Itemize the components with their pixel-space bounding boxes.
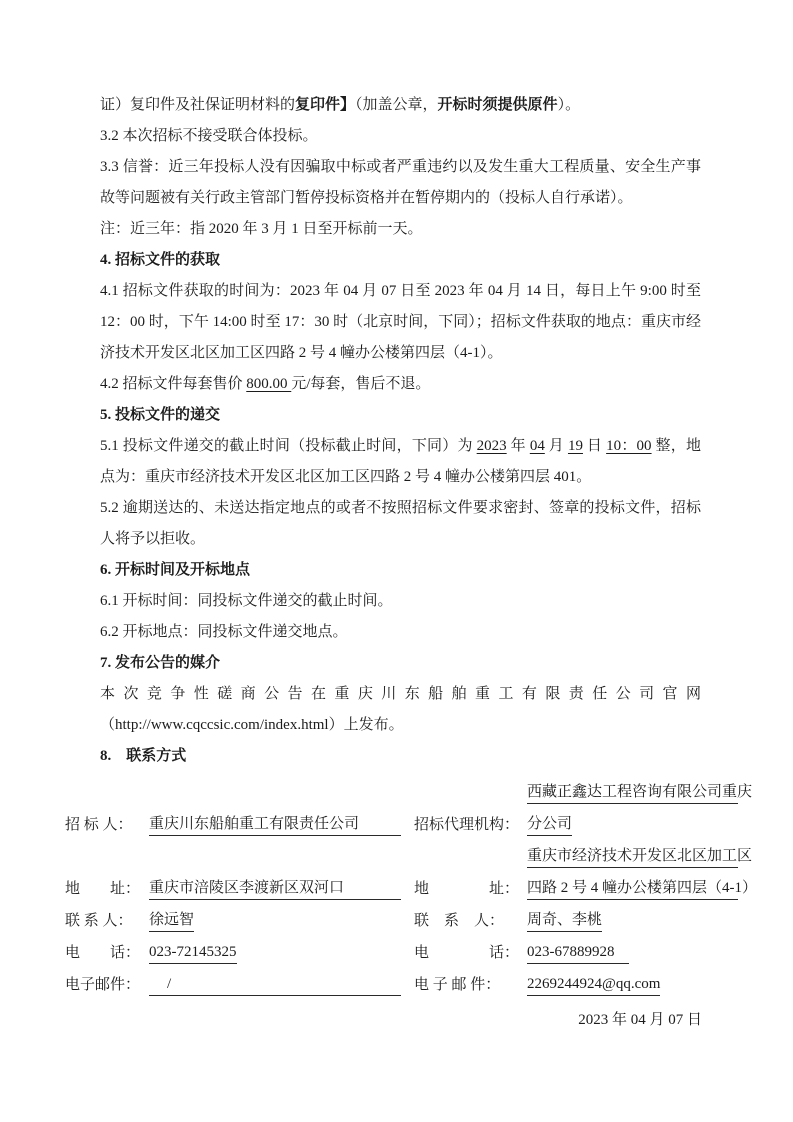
tenderer-value: 重庆川东船舶重工有限责任公司 — [149, 814, 401, 836]
agency-name-line1-cell: 西藏正鑫达工程咨询有限公司重庆 — [527, 781, 738, 807]
underlined-time-value: 10：00 — [606, 438, 651, 454]
spacer-cell — [149, 804, 401, 807]
agency-address-line1-cell: 重庆市经济技术开发区北区加工区 — [527, 845, 738, 871]
document-body: 证）复印件及社保证明材料的复印件】（加盖公章，开标时须提供原件）。 3.2 本次… — [100, 0, 701, 772]
text-run: 月 — [545, 438, 568, 454]
tenderer-email-value: / — [149, 974, 401, 996]
clause-3-3: 3.3 信誉：近三年投标人没有因骗取中标或者严重违约以及发生重大工程质量、安全生… — [100, 152, 701, 214]
spacer-cell — [414, 804, 527, 807]
document-page: 证）复印件及社保证明材料的复印件】（加盖公章，开标时须提供原件）。 3.2 本次… — [0, 0, 793, 1122]
agency-phone-label: 电 话： — [414, 942, 527, 967]
spacer-cell — [401, 996, 414, 999]
clause-5-1: 5.1 投标文件递交的截止时间（投标截止时间，下同）为 2023 年 04 月 … — [100, 431, 701, 493]
text-run: 证）复印件及社保证明材料的 — [100, 97, 295, 113]
agency-name-line2-cell: 分公司 — [527, 813, 738, 839]
clause-6-1: 6.1 开标时间：同投标文件递交的截止时间。 — [100, 586, 701, 617]
text-run: 5.1 投标文件递交的截止时间（投标截止时间，下同）为 — [100, 438, 477, 454]
spacer-cell — [65, 868, 149, 871]
tenderer-address-value: 重庆市涪陵区李渡新区双河口 — [149, 878, 401, 900]
heading-6-bid-opening: 6. 开标时间及开标地点 — [100, 555, 701, 586]
agency-address-label: 地 址： — [414, 878, 527, 903]
heading-7-announcement-media: 7. 发布公告的媒介 — [100, 648, 701, 679]
tenderer-email-label: 电子邮件： — [65, 974, 149, 999]
tenderer-contact-value: 徐远智 — [149, 910, 194, 932]
clause-3-1-continuation: 证）复印件及社保证明材料的复印件】（加盖公章，开标时须提供原件）。 — [100, 90, 701, 121]
document-date: 2023 年 04 月 07 日 — [65, 1001, 738, 1031]
agency-phone-value: 023-67889928 — [527, 942, 629, 964]
tenderer-contact-cell: 徐远智 — [149, 909, 401, 935]
clause-3-2: 3.2 本次招标不接受联合体投标。 — [100, 121, 701, 152]
agency-email-value: 2269244924@qq.com — [527, 974, 660, 996]
heading-4-document-acquisition: 4. 招标文件的获取 — [100, 245, 701, 276]
text-run: （加盖公章， — [355, 97, 438, 113]
clause-7-body-line2: （http://www.cqccsic.com/index.html）上发布。 — [100, 710, 701, 741]
text-run: 4.2 招标文件每套售价 — [100, 376, 246, 392]
spacer-cell — [149, 868, 401, 871]
tenderer-email-cell: / — [149, 973, 401, 999]
spacer-cell — [65, 804, 149, 807]
agency-name-line2: 分公司 — [527, 814, 572, 836]
agency-contact-cell: 周奇、李桃 — [527, 909, 738, 935]
bold-run-copies-bracket: 复印件】 — [295, 97, 355, 113]
underlined-price-value: 800.00 — [246, 376, 291, 392]
tenderer-address-label: 地 址： — [65, 878, 149, 903]
spacer-cell — [401, 868, 414, 871]
heading-8-contact-info: 8. 联系方式 — [100, 741, 701, 772]
agency-phone-cell: 023-67889928 — [527, 941, 738, 967]
text-run: 元/每套，售后不退。 — [291, 376, 430, 392]
tenderer-contact-label: 联 系 人： — [65, 910, 149, 935]
spacer-cell — [401, 964, 414, 967]
spacer-cell — [401, 932, 414, 935]
text-run: ）。 — [558, 97, 581, 113]
contact-table: 西藏正鑫达工程咨询有限公司重庆 招 标 人： 重庆川东船舶重工有限责任公司 招标… — [65, 775, 738, 1031]
agency-label: 招标代理机构： — [414, 814, 527, 839]
clause-7-body-line1: 本次竞争性磋商公告在重庆川东船舶重工有限责任公司官网 — [100, 679, 701, 710]
underlined-year-value: 2023 — [477, 438, 507, 454]
bold-run-originals-required: 开标时须提供原件 — [438, 97, 558, 113]
agency-name-line1: 西藏正鑫达工程咨询有限公司重庆 — [527, 782, 738, 804]
tenderer-label: 招 标 人： — [65, 814, 149, 839]
spacer-cell — [401, 900, 414, 903]
agency-address-line2: 四路 2 号 4 幢办公楼第四层（4-1） — [527, 878, 738, 900]
underlined-month-value: 04 — [530, 438, 545, 454]
tenderer-address-cell: 重庆市涪陵区李渡新区双河口 — [149, 877, 401, 903]
tenderer-value-cell: 重庆川东船舶重工有限责任公司 — [149, 813, 401, 839]
tenderer-phone-label: 电 话： — [65, 942, 149, 967]
clause-5-2: 5.2 逾期送达的、未送达指定地点的或者不按照招标文件要求密封、签章的投标文件，… — [100, 493, 701, 555]
tenderer-phone-cell: 023-72145325 — [149, 941, 401, 967]
underlined-day-value: 19 — [568, 438, 583, 454]
clause-4-1: 4.1 招标文件获取的时间为：2023 年 04 月 07 日至 2023 年 … — [100, 276, 701, 369]
agency-address-line2-cell: 四路 2 号 4 幢办公楼第四层（4-1） — [527, 877, 738, 903]
agency-contact-label: 联 系 人： — [414, 910, 527, 935]
tenderer-phone-value: 023-72145325 — [149, 942, 237, 964]
agency-contact-value: 周奇、李桃 — [527, 910, 602, 932]
clause-6-2: 6.2 开标地点：同投标文件递交地点。 — [100, 617, 701, 648]
agency-email-cell: 2269244924@qq.com — [527, 973, 738, 999]
heading-5-bid-submission: 5. 投标文件的递交 — [100, 400, 701, 431]
agency-email-label: 电 子 邮 件： — [414, 974, 527, 999]
agency-address-line1: 重庆市经济技术开发区北区加工区 — [527, 846, 738, 868]
note-three-years: 注：近三年：指 2020 年 3 月 1 日至开标前一天。 — [100, 214, 701, 245]
spacer-cell — [401, 836, 414, 839]
text-run: 年 — [507, 438, 530, 454]
text-run: 日 — [583, 438, 606, 454]
clause-4-2: 4.2 招标文件每套售价 800.00 元/每套，售后不退。 — [100, 369, 701, 400]
spacer-cell — [414, 868, 527, 871]
spacer-cell — [401, 804, 414, 807]
